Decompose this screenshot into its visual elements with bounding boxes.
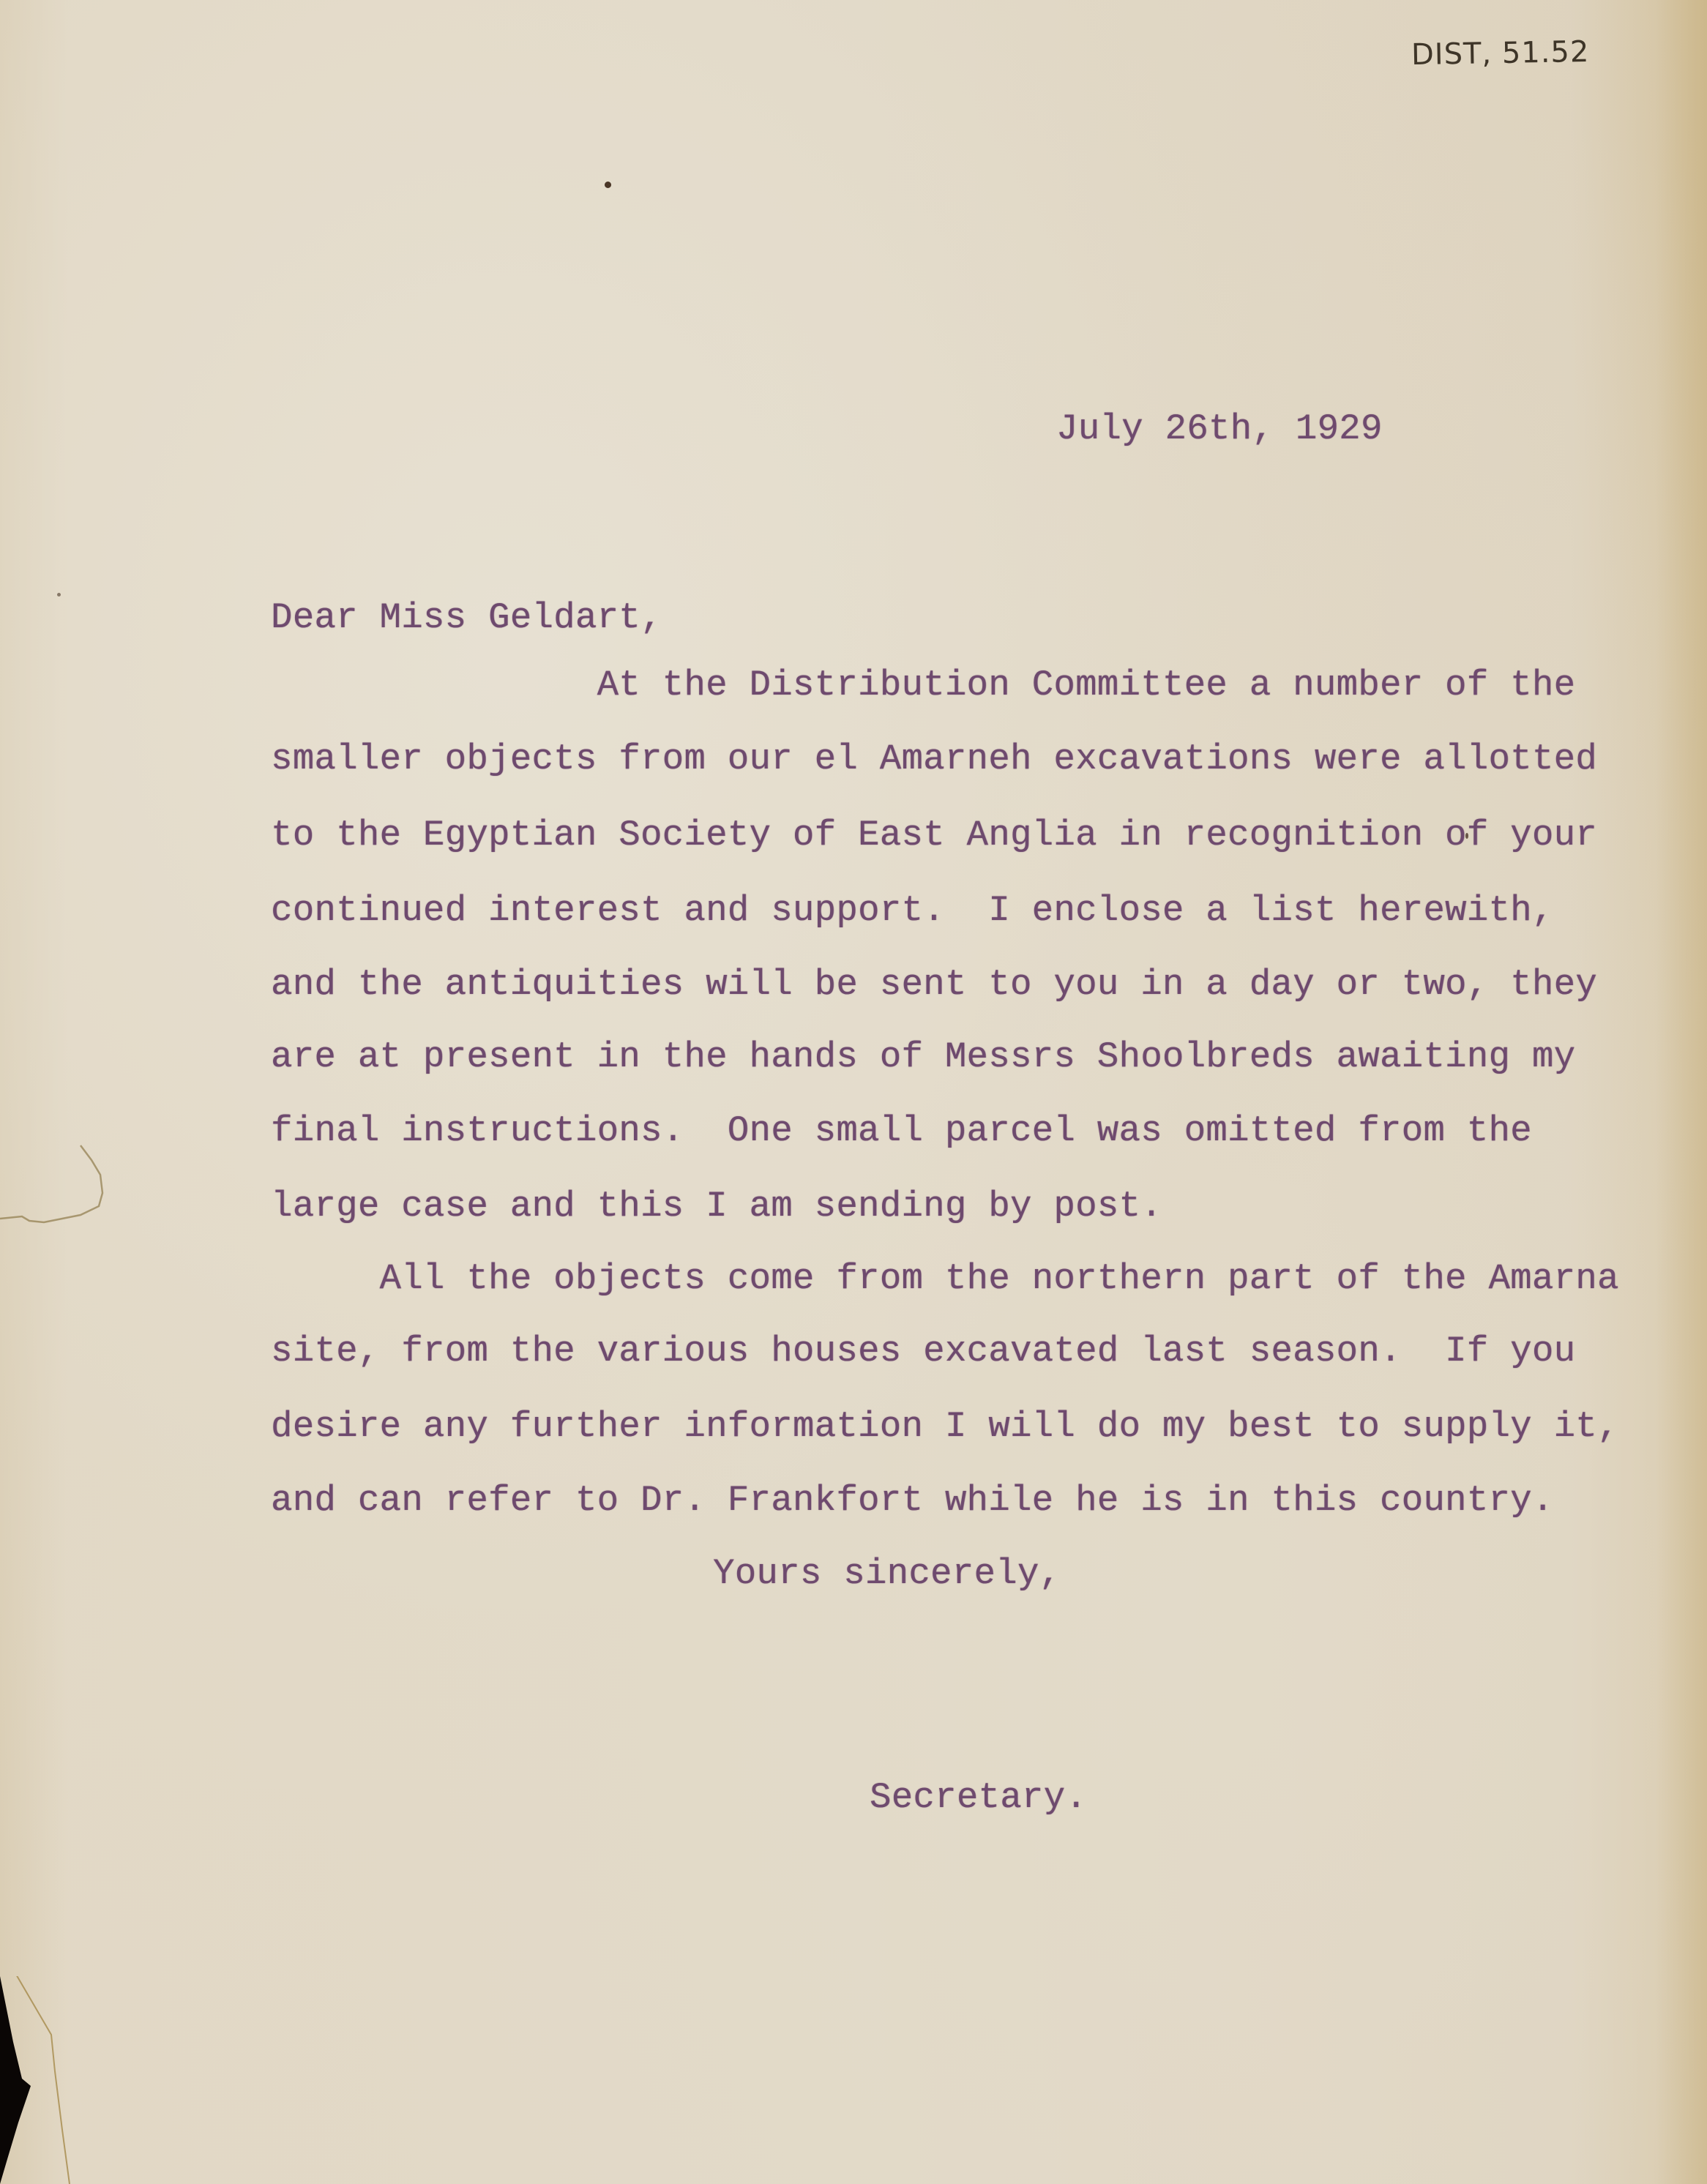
body-line: All the objects come from the northern p…	[271, 1261, 1619, 1297]
archive-reference-annotation: DIST, 51.52	[1411, 35, 1590, 72]
body-line: continued interest and support. I enclos…	[271, 893, 1554, 929]
closing: Yours sincerely,	[713, 1556, 1061, 1592]
body-line: desire any further information I will do…	[271, 1409, 1619, 1445]
body-line: are at present in the hands of Messrs Sh…	[271, 1039, 1575, 1075]
body-line: At the Distribution Committee a number o…	[271, 667, 1575, 703]
letter-date: July 26th, 1929	[1056, 411, 1383, 447]
body-line: and the antiquities will be sent to you …	[271, 967, 1597, 1003]
body-line: and can refer to Dr. Frankfort while he …	[271, 1483, 1554, 1519]
salutation: Dear Miss Geldart,	[271, 600, 662, 636]
ink-speck	[605, 182, 611, 188]
body-line: final instructions. One small parcel was…	[271, 1113, 1532, 1149]
signature-title: Secretary.	[870, 1780, 1087, 1816]
body-line: smaller objects from our el Amarneh exca…	[271, 741, 1597, 777]
paper-edge-shading	[1656, 0, 1707, 2184]
body-line: large case and this I am sending by post…	[271, 1189, 1162, 1224]
letter-page: DIST, 51.52 July 26th, 1929 Dear Miss Ge…	[0, 0, 1707, 2184]
body-line: site, from the various houses excavated …	[271, 1334, 1575, 1369]
paper-tear-mark	[0, 1142, 110, 1237]
ink-speck	[57, 593, 61, 597]
torn-corner	[0, 1976, 73, 2184]
body-line: to the Egyptian Society of East Anglia i…	[271, 818, 1597, 853]
